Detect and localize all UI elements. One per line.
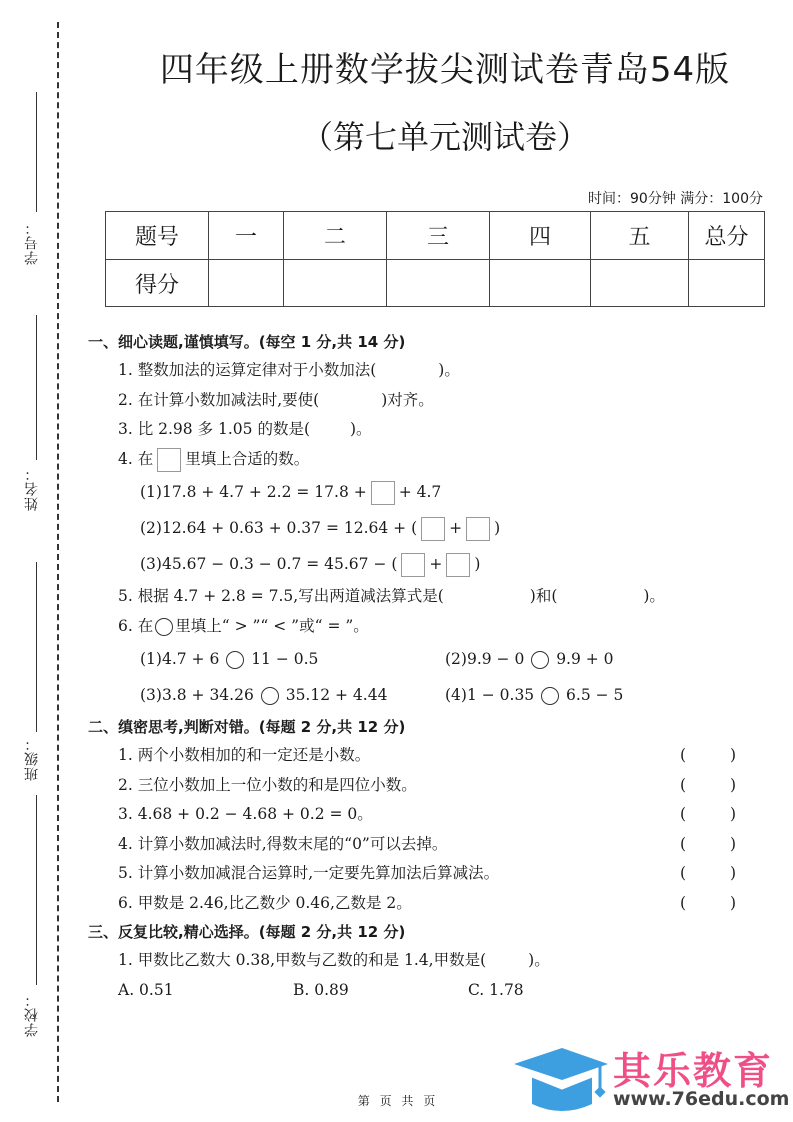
paren: ) (730, 889, 780, 919)
score-input-cell[interactable] (387, 260, 490, 307)
comparison-item: (4)1 − 0.35 6.5 − 5 (445, 686, 623, 704)
question-text: )。 (528, 951, 550, 969)
comparison-item: (3)3.8 + 34.26 35.12 + 4.44 (140, 677, 445, 713)
answer-box[interactable] (421, 517, 445, 541)
question-text: 4. 在 (118, 450, 153, 468)
score-table-header-row: 题号 一 二 三 四 五 总分 (106, 212, 765, 260)
exam-content: 一、细心读题,谨慎填写。(每空 1 分,共 14 分) 1. 整数加法的运算定律… (88, 328, 768, 1005)
s1-q4-sub-1: (1)17.8 + 4.7 + 2.2 = 17.8 ++ 4.7 (88, 474, 768, 510)
equation-text: + (429, 555, 442, 573)
score-header-cell: 总分 (689, 212, 765, 260)
score-header-cell: 三 (387, 212, 490, 260)
equation-text: (3)45.67 − 0.3 − 0.7 = 45.67 − ( (140, 555, 397, 573)
section-2-heading: 二、缜密思考,判断对错。(每题 2 分,共 12 分) (88, 713, 768, 741)
paren: ( (680, 859, 730, 889)
judge-answer[interactable]: () (680, 771, 780, 801)
answer-box[interactable] (446, 553, 470, 577)
paren: ( (680, 830, 730, 860)
score-input-cell[interactable] (689, 260, 765, 307)
brand-url: www.76edu.com (613, 1088, 789, 1110)
score-input-cell[interactable] (209, 260, 284, 307)
s1-q6-row-2: (3)3.8 + 34.26 35.12 + 4.44(4)1 − 0.35 6… (88, 677, 768, 713)
s1-question-3: 3. 比 2.98 多 1.05 的数是()。 (88, 415, 768, 445)
question-text: 2. 在计算小数加减法时,要使( (118, 391, 319, 409)
answer-box[interactable] (401, 553, 425, 577)
paren: ( (680, 800, 730, 830)
score-header-cell: 二 (284, 212, 387, 260)
answer-box[interactable] (466, 517, 490, 541)
option-a[interactable]: A. 0.51 (118, 976, 293, 1006)
statement-text: 4. 计算小数加减法时,得数末尾的“0”可以去掉。 (118, 835, 447, 853)
name-underline (36, 315, 37, 460)
comparison-left: (3)3.8 + 34.26 (140, 686, 254, 704)
equation-text: ) (494, 519, 500, 537)
score-row-label: 得分 (106, 260, 209, 307)
statement-text: 1. 两个小数相加的和一定还是小数。 (118, 746, 370, 764)
judge-answer[interactable]: () (680, 889, 780, 919)
comparison-left: (2)9.9 − 0 (445, 650, 524, 668)
equation-text: + 4.7 (399, 483, 442, 501)
option-b[interactable]: B. 0.89 (293, 976, 468, 1006)
option-c[interactable]: C. 1.78 (468, 976, 643, 1006)
question-text: 里填上合适的数。 (185, 450, 309, 468)
question-text: 3. 比 2.98 多 1.05 的数是( (118, 420, 310, 438)
s3-q1-options: A. 0.51B. 0.89C. 1.78 (88, 976, 768, 1006)
section-1-heading: 一、细心读题,谨慎填写。(每空 1 分,共 14 分) (88, 328, 768, 356)
question-text: 1. 甲数比乙数大 0.38,甲数与乙数的和是 1.4,甲数是( (118, 951, 486, 969)
statement-text: 6. 甲数是 2.46,比乙数少 0.46,乙数是 2。 (118, 894, 412, 912)
answer-box[interactable] (371, 481, 395, 505)
score-input-cell[interactable] (284, 260, 387, 307)
s2-question-2: 2. 三位小数加上一位小数的和是四位小数。 () (88, 771, 768, 801)
name-label: 姓名： (22, 466, 42, 511)
page-subtitle: （第七单元测试卷） (100, 112, 790, 158)
circle-icon (155, 618, 173, 636)
question-text: 里填上“ > ”“ < ”或“ = ”。 (175, 617, 369, 635)
judge-answer[interactable]: () (680, 830, 780, 860)
section-3-heading: 三、反复比较,精心选择。(每题 2 分,共 12 分) (88, 918, 768, 946)
paren: ( (680, 741, 730, 771)
score-table-score-row: 得分 (106, 260, 765, 307)
comparison-right: 35.12 + 4.44 (286, 686, 388, 704)
compare-circle[interactable] (531, 651, 549, 669)
s3-question-1: 1. 甲数比乙数大 0.38,甲数与乙数的和是 1.4,甲数是()。 (88, 946, 768, 976)
question-text: 6. 在 (118, 617, 153, 635)
school-label: 学校： (22, 992, 42, 1037)
brand-logo: 其乐教育 www.76edu.com (510, 1040, 790, 1115)
s1-question-2: 2. 在计算小数加减法时,要使()对齐。 (88, 386, 768, 416)
equation-text: + (449, 519, 462, 537)
paren: ) (730, 741, 780, 771)
statement-text: 5. 计算小数加减混合运算时,一定要先算加法后算减法。 (118, 864, 499, 882)
s1-q4-sub-2: (2)12.64 + 0.63 + 0.37 = 12.64 + (+) (88, 510, 768, 546)
student-id-underline (36, 92, 37, 212)
equation-text: (2)12.64 + 0.63 + 0.37 = 12.64 + ( (140, 519, 417, 537)
question-text: 5. 根据 4.7 + 2.8 = 7.5,写出两道减法算式是( (118, 587, 444, 605)
equation-text: (1)17.8 + 4.7 + 2.2 = 17.8 + (140, 483, 367, 501)
comparison-right: 11 − 0.5 (251, 650, 318, 668)
class-label: 班级： (22, 736, 42, 781)
paren: ) (730, 800, 780, 830)
statement-text: 3. 4.68 + 0.2 − 4.68 + 0.2 = 0。 (118, 805, 373, 823)
comparison-left: (1)4.7 + 6 (140, 650, 219, 668)
s2-question-4: 4. 计算小数加减法时,得数末尾的“0”可以去掉。 () (88, 830, 768, 860)
brand-name: 其乐教育 (613, 1040, 773, 1095)
question-text: )。 (643, 587, 665, 605)
score-header-cell: 题号 (106, 212, 209, 260)
question-text: )。 (350, 420, 372, 438)
s2-question-3: 3. 4.68 + 0.2 − 4.68 + 0.2 = 0。 () (88, 800, 768, 830)
s2-question-6: 6. 甲数是 2.46,比乙数少 0.46,乙数是 2。 () (88, 889, 768, 919)
s2-question-1: 1. 两个小数相加的和一定还是小数。 () (88, 741, 768, 771)
compare-circle[interactable] (226, 651, 244, 669)
comparison-right: 9.9 + 0 (556, 650, 613, 668)
score-input-cell[interactable] (490, 260, 591, 307)
comparison-left: (4)1 − 0.35 (445, 686, 534, 704)
comparison-item: (1)4.7 + 6 11 − 0.5 (140, 641, 445, 677)
score-header-cell: 一 (209, 212, 284, 260)
graduation-cap-icon (510, 1042, 610, 1114)
score-header-cell: 五 (591, 212, 689, 260)
comparison-right: 6.5 − 5 (566, 686, 623, 704)
student-id-label: 学号： (22, 220, 42, 265)
s1-question-5: 5. 根据 4.7 + 2.8 = 7.5,写出两道减法算式是()和()。 (88, 582, 768, 612)
compare-circle[interactable] (261, 687, 279, 705)
question-text: )。 (438, 361, 460, 379)
paren: ) (730, 830, 780, 860)
equation-text: ) (474, 555, 480, 573)
paren: ) (730, 859, 780, 889)
compare-circle[interactable] (541, 687, 559, 705)
s2-question-5: 5. 计算小数加减混合运算时,一定要先算加法后算减法。 () (88, 859, 768, 889)
judge-answer[interactable]: () (680, 859, 780, 889)
judge-answer[interactable]: () (680, 741, 780, 771)
comparison-item: (2)9.9 − 0 9.9 + 0 (445, 650, 614, 668)
square-box-icon (157, 448, 181, 472)
question-text: 1. 整数加法的运算定律对于小数加法( (118, 361, 376, 379)
s1-question-4: 4. 在里填上合适的数。 (88, 445, 768, 475)
school-underline (36, 795, 37, 985)
question-text: )和( (530, 587, 558, 605)
s1-q6-row-1: (1)4.7 + 6 11 − 0.5(2)9.9 − 0 9.9 + 0 (88, 641, 768, 677)
judge-answer[interactable]: () (680, 800, 780, 830)
score-header-cell: 四 (490, 212, 591, 260)
s1-question-6: 6. 在里填上“ > ”“ < ”或“ = ”。 (88, 612, 768, 642)
score-input-cell[interactable] (591, 260, 689, 307)
paren: ) (730, 771, 780, 801)
binding-cut-line (57, 22, 59, 1102)
page-title: 四年级上册数学拔尖测试卷青岛54版 (100, 42, 790, 91)
score-table: 题号 一 二 三 四 五 总分 得分 (105, 211, 765, 307)
paren: ( (680, 889, 730, 919)
statement-text: 2. 三位小数加上一位小数的和是四位小数。 (118, 776, 417, 794)
s1-q4-sub-3: (3)45.67 − 0.3 − 0.7 = 45.67 − (+) (88, 546, 768, 582)
class-underline (36, 562, 37, 732)
s1-question-1: 1. 整数加法的运算定律对于小数加法()。 (88, 356, 768, 386)
question-text: )对齐。 (381, 391, 434, 409)
paren: ( (680, 771, 730, 801)
exam-meta: 时间：90分钟 满分：100分 (588, 188, 763, 208)
